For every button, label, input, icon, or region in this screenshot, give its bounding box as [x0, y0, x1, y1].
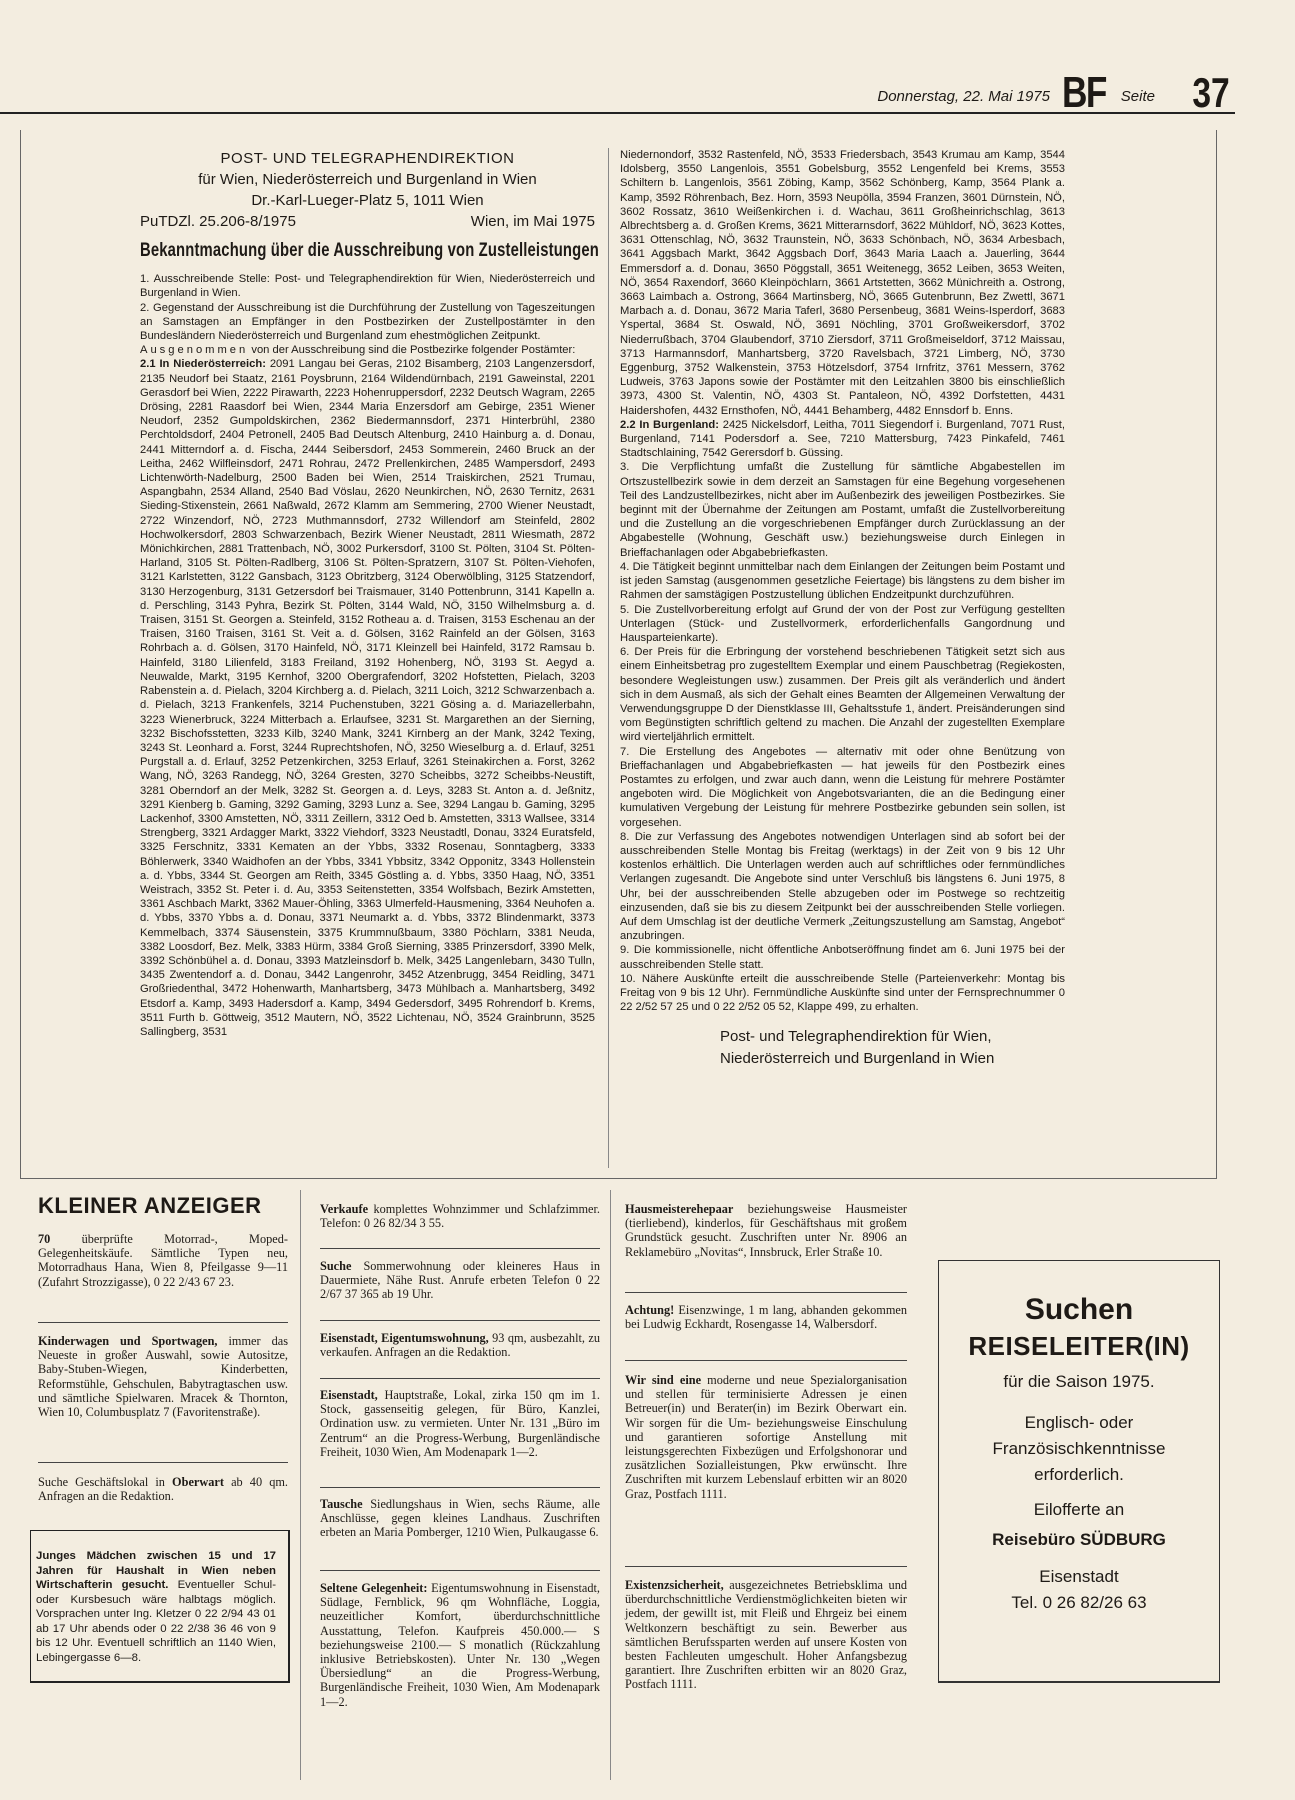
page-label: Seite: [1121, 88, 1155, 105]
notice-issuer: POST- UND TELEGRAPHENDIREKTION: [140, 148, 595, 169]
notice-address: Dr.-Karl-Lueger-Platz 5, 1011 Wien: [140, 190, 595, 211]
classified-ad: Eisenstadt, Eigentumswohnung, 93 qm, aus…: [320, 1331, 600, 1359]
classified-ad: Hausmeisterehepaar beziehungsweise Hausm…: [625, 1202, 907, 1259]
display-ad-reiseleiter: Suchen REISELEITER(IN) für die Saison 19…: [938, 1260, 1220, 1683]
ad-divider: [320, 1487, 600, 1488]
ad-divider: [320, 1248, 600, 1249]
ad-divider: [320, 1378, 600, 1379]
boxed-classified-ad: Junges Mädchen zwischen 15 und 17 Jahren…: [30, 1530, 290, 1683]
classified-ad: Tausche Siedlungshaus in Wien, sechs Räu…: [320, 1497, 600, 1540]
notice-para-5: 5. Die Zustellvorbereitung erfolgt auf G…: [620, 603, 1065, 646]
notice-left-column: POST- UND TELEGRAPHENDIREKTION für Wien,…: [140, 148, 595, 1039]
classified-ad: Verkaufe komplettes Wohnzimmer und Schla…: [320, 1202, 600, 1230]
notice-para-3: 3. Die Verpflichtung umfaßt die Zustellu…: [620, 460, 1065, 559]
classified-ad: Suche Geschäftslokal in Oberwart ab 40 q…: [38, 1475, 288, 1503]
classified-ad: Eisenstadt, Hauptstraße, Lokal, zirka 15…: [320, 1388, 600, 1459]
notice-section-2-2: 2.2 In Burgenland: 2425 Nickelsdorf, Lei…: [620, 418, 1065, 461]
notice-reference-row: PuTDZl. 25.206-8/1975 Wien, im Mai 1975: [140, 211, 595, 232]
issue-date: Donnerstag, 22. Mai 1975: [877, 88, 1050, 105]
place-date: Wien, im Mai 1975: [471, 211, 595, 232]
notice-issuer-region: für Wien, Niederösterreich und Burgenlan…: [140, 169, 595, 190]
ad-divider: [38, 1462, 288, 1463]
ad-divider: [320, 1320, 600, 1321]
notice-para-exclusions: Ausgenommen von der Ausschreibung sind d…: [140, 343, 595, 357]
page-number: 37: [1193, 72, 1230, 114]
newspaper-logo: BF: [1062, 72, 1106, 114]
masthead: Donnerstag, 22. Mai 1975 BF Seite 37: [0, 60, 1235, 114]
notice-para-8: 8. Die zur Verfassung des Angebotes notw…: [620, 830, 1065, 944]
notice-para-2: 2. Gegenstand der Ausschreibung ist die …: [140, 301, 595, 344]
classified-ad: Seltene Gelegenheit: Eigentumswohnung in…: [320, 1581, 600, 1709]
column-divider: [300, 1190, 301, 1780]
classified-ad: Wir sind eine moderne und neue Spezialor…: [625, 1373, 907, 1501]
ad-divider: [625, 1566, 907, 1567]
notice-right-column: Niedernondorf, 3532 Rastenfeld, NÖ, 3533…: [620, 148, 1065, 1070]
column-divider: [608, 148, 609, 1168]
classified-ad: 70 überprüfte Motorrad-, Moped-Gelegenhe…: [38, 1232, 288, 1289]
notice-para-6: 6. Der Preis für die Erbringung der vors…: [620, 645, 1065, 744]
notice-signature: Post- und Telegraphendirektion für Wien,…: [720, 1026, 1065, 1070]
reference-number: PuTDZl. 25.206-8/1975: [140, 211, 296, 232]
ad-divider: [625, 1292, 907, 1293]
classified-ad: Achtung! Eisenzwinge, 1 m lang, abhanden…: [625, 1303, 907, 1331]
classifieds-title: KLEINER ANZEIGER: [38, 1193, 262, 1219]
notice-headline: Bekanntmachung über die Ausschreibung vo…: [140, 244, 495, 258]
classified-ad: Suche Sommerwohnung oder kleineres Haus …: [320, 1259, 600, 1302]
column-divider: [610, 1190, 611, 1780]
notice-para-9: 9. Die kommissionelle, nicht öffentliche…: [620, 943, 1065, 971]
notice-para-10: 10. Nähere Auskünfte erteilt die ausschr…: [620, 972, 1065, 1015]
ad-divider: [625, 1360, 907, 1361]
ad-divider: [38, 1322, 288, 1323]
notice-section-2-1-continued: Niedernondorf, 3532 Rastenfeld, NÖ, 3533…: [620, 148, 1065, 418]
notice-para-7: 7. Die Erstellung des Angebotes — altern…: [620, 745, 1065, 830]
ad-divider: [320, 1570, 600, 1571]
notice-para-4: 4. Die Tätigkeit beginnt unmittelbar nac…: [620, 560, 1065, 603]
classified-ad: Kinderwagen und Sportwagen, immer das Ne…: [38, 1334, 288, 1419]
classified-ad: Existenzsicherheit, ausgezeichnetes Betr…: [625, 1578, 907, 1692]
notice-section-2-1: 2.1 In Niederösterreich: 2091 Langau bei…: [140, 357, 595, 1039]
notice-para-1: 1. Ausschreibende Stelle: Post- und Tele…: [140, 272, 595, 300]
